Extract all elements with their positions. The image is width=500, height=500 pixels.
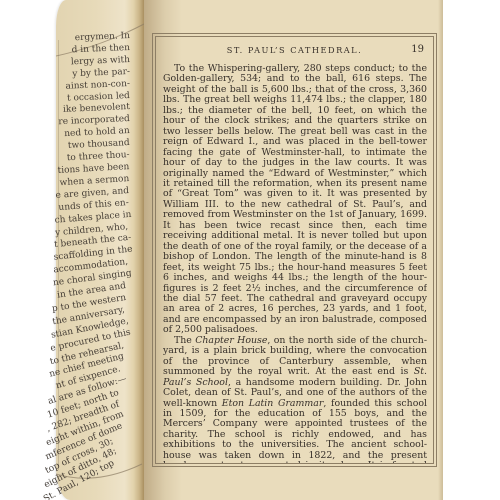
left-page-text-column: ergymen. Ind in the thenlergy as withy b… <box>56 31 130 492</box>
text-run: Chapter House <box>195 335 267 346</box>
left-page: ergymen. Ind in the thenlergy as withy b… <box>56 0 144 500</box>
text-run: Eton Latin Grammar <box>222 398 324 409</box>
page-border-frame: ST. PAUL’S CATHEDRAL. 19 To the Whisperi… <box>152 33 437 467</box>
page-header: ST. PAUL’S CATHEDRAL. 19 <box>156 43 433 63</box>
page-border-frame-inner: ST. PAUL’S CATHEDRAL. 19 To the Whisperi… <box>155 36 434 464</box>
running-title: ST. PAUL’S CATHEDRAL. <box>156 43 433 57</box>
text-run: , founded this school in 1509, for the e… <box>163 398 427 465</box>
paragraph: To the Whispering-gallery, 280 steps con… <box>163 64 427 336</box>
body-text: To the Whispering-gallery, 280 steps con… <box>163 64 427 464</box>
page-number: 19 <box>411 43 424 57</box>
book-photo: ergymen. Ind in the thenlergy as withy b… <box>0 0 500 500</box>
paragraph: The Chapter House, on the north side of … <box>163 336 427 464</box>
text-run: The <box>174 335 195 346</box>
right-page: ST. PAUL’S CATHEDRAL. 19 To the Whisperi… <box>144 0 443 500</box>
text-run: To the Whispering-gallery, 280 steps con… <box>163 64 427 335</box>
page-edge-shadow <box>438 0 443 500</box>
